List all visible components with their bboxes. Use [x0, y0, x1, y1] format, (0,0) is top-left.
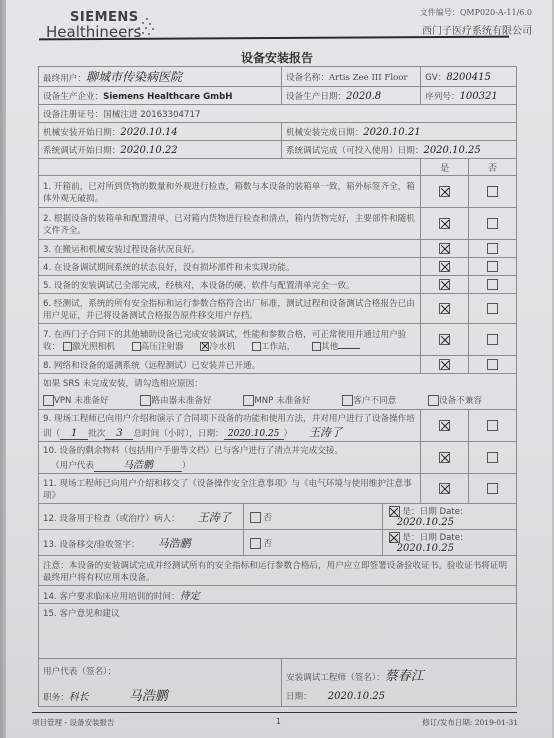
checkbox[interactable]	[63, 342, 72, 351]
handover-no-cell: 否	[243, 530, 382, 556]
gv-label: GV：	[425, 73, 446, 83]
signature-row: 用户代表（签名）： 职务：科长马浩鹏 安装调试工程师（签名）：蔡春江 日期：20…	[39, 659, 517, 707]
no-checkbox[interactable]	[487, 261, 498, 272]
check-row-8: 8. 网络和设备的遥测系统（远程测试）已安装并已开通。	[39, 356, 517, 374]
check-row-14: 14. 客户要求临床应用培训的时间：待定	[39, 586, 517, 604]
clinical-training-cell: 14. 客户要求临床应用培训的时间：待定	[39, 586, 517, 604]
training-date[interactable]: 2020.10.25	[224, 429, 284, 440]
yes-cell	[421, 442, 469, 474]
option-chiller[interactable]: 冷水机	[200, 342, 235, 352]
production-date-label: 设备生产日期：	[286, 92, 346, 102]
check-item-text: 15. 客户意见和建议	[43, 609, 120, 619]
check-item-text: 4. 在设备调试期间系统的状态良好，没有损坏部件和未实现功能。	[39, 258, 421, 276]
no-header: 否	[469, 159, 517, 176]
logo-dots-icon	[134, 15, 156, 37]
no-checkbox[interactable]	[487, 243, 498, 254]
company-name: 西门子医疗系统有限公司	[420, 22, 532, 37]
manufacturer-label: 设备生产企业：	[43, 92, 103, 102]
mech-start-value: 2020.10.14	[120, 127, 177, 138]
yes-date-label: 是：日期 Date:	[402, 507, 463, 517]
check-row-5: 5. 设备的安装调试已全部完成，经核对，本设备的硬、软件与配置清单完全一致。	[39, 276, 517, 294]
engineer-sign-date: 2020.10.25	[328, 691, 385, 702]
end-user-label: 最终用户：	[43, 74, 86, 84]
check-item-text: 5. 设备的安装调试已全部完成，经核对，本设备的硬、软件与配置清单完全一致。	[39, 276, 421, 294]
registration-cell: 设备注册证号：国械注进 20163304717	[39, 105, 517, 123]
sys-start-cell: 系统调试开始日期：2020.10.22	[39, 141, 282, 159]
no-cell	[469, 474, 517, 504]
serial-cell: 序列号：100321	[421, 87, 517, 105]
production-date-cell: 设备生产日期：2020.8	[281, 87, 420, 105]
no-checkbox[interactable]	[250, 538, 261, 549]
handover-yes-cell: 是：日期 Date: 2020.10.25	[382, 530, 516, 556]
option-label: 路由器未准备好	[151, 396, 211, 406]
yes-checkbox[interactable]	[439, 452, 450, 463]
batches-label: 批次	[88, 429, 105, 439]
position-value: 科长	[69, 692, 89, 703]
no-cell	[469, 258, 517, 276]
yes-checkbox[interactable]	[389, 532, 400, 543]
engineer-label: 安装调试工程师（签名）：	[286, 673, 385, 683]
mech-end-value: 2020.10.21	[363, 127, 420, 138]
check-item-text: 14. 客户要求临床应用培训的时间：	[43, 592, 180, 602]
info-row-mech: 机械安装开始日期：2020.10.14 机械安装完成日期：2020.10.21	[39, 123, 517, 141]
checkbox[interactable]	[140, 395, 151, 406]
option-other[interactable]: 其他	[312, 342, 360, 352]
no-checkbox[interactable]	[487, 359, 498, 370]
yes-cell	[421, 474, 469, 504]
user-rep-signature: 马浩鹏	[129, 689, 168, 704]
option-label: 客户不同意	[353, 396, 396, 406]
close-paren: ）	[284, 429, 293, 439]
srs-option-router[interactable]: 路由器未准备好	[140, 394, 211, 406]
yes-cell	[421, 410, 469, 442]
mech-end-label: 机械安装完成日期：	[286, 128, 363, 138]
srs-reasons-row: 如果 SRS 未完成安装，请勾选相应原因： VPN 未准备好 路由器未准备好 M…	[39, 374, 517, 410]
serial-label: 序列号：	[425, 92, 459, 102]
info-row-manufacturer: 设备生产企业：Siemens Healthcare GmbH 设备生产日期：20…	[39, 87, 517, 105]
check-item-text: 2. 根据设备的装箱单和配置清单，已对箱内货物进行检查和清点，箱内货物完好，主要…	[39, 208, 421, 240]
checkbox[interactable]	[132, 342, 141, 351]
no-checkbox[interactable]	[487, 452, 498, 463]
yes-checkbox[interactable]	[439, 483, 450, 494]
check-item-9: 9. 现场工程师已向用户介绍和演示了合同项下设备的功能和使用方法，并对用户进行了…	[39, 410, 421, 442]
yes-cell	[421, 258, 469, 276]
end-user-cell: 最终用户：聊城市传染病医院	[39, 67, 282, 87]
check-item-text: 3. 在搬运和机械安装过程设备状况良好。	[39, 240, 421, 258]
option-injector[interactable]: 高压注射器	[132, 342, 184, 352]
option-label: 激光照相机	[72, 342, 115, 352]
option-label: 工作站，	[261, 342, 295, 352]
no-checkbox[interactable]	[487, 218, 498, 229]
option-label: MNP 未准备好	[254, 396, 310, 406]
sys-end-label: 系统调试完成（可投入使用）日期：	[286, 146, 424, 156]
production-date-value: 2020.8	[346, 91, 381, 102]
yes-checkbox[interactable]	[439, 359, 450, 370]
checklist-header-blank	[39, 159, 421, 176]
mech-start-cell: 机械安装开始日期：2020.10.14	[39, 123, 282, 141]
doc-number-label: 文件编号：	[420, 8, 460, 17]
registration-value: 国械注进 20163304717	[103, 110, 200, 120]
revision-date: 修订/发布日期: 2019-01-31	[422, 717, 518, 728]
no-checkbox[interactable]	[250, 512, 261, 523]
srs-option-vpn[interactable]: VPN 未准备好	[43, 394, 109, 406]
no-checkbox[interactable]	[487, 420, 498, 431]
customer-feedback-cell[interactable]: 15. 客户意见和建议	[39, 604, 517, 659]
page-title: 设备安装报告	[0, 49, 554, 66]
user-rep-label: 用户代表（签名）：	[43, 665, 277, 677]
hours-label: 总时间（小时），日期：	[133, 429, 223, 439]
position-label: 职务：	[43, 693, 69, 703]
no-cell	[469, 294, 517, 324]
training-hours[interactable]: 3	[105, 428, 133, 440]
rep-label: （用户代表	[51, 461, 94, 471]
page-number: 1	[276, 717, 281, 726]
trainee-signature: 王涛了	[309, 426, 342, 439]
check-item-text: 8. 网络和设备的遥测系统（远程测试）已安装并已开通。	[39, 356, 421, 374]
no-cell	[469, 410, 517, 442]
handover-signature: 马浩鹏	[158, 537, 191, 550]
option-label: 冷水机	[209, 342, 235, 352]
checkbox[interactable]	[252, 342, 261, 351]
check-row-12: 12. 设备用于检查（或治疗）病人：王涛了 否 是：日期 Date: 2020.…	[39, 504, 517, 530]
info-row-registration: 设备注册证号：国械注进 20163304717	[39, 105, 517, 123]
installation-report-form: 最终用户：聊城市传染病医院 设备名称：Artis Zee III Floor G…	[38, 66, 517, 707]
patient-use-signature: 王涛了	[198, 511, 231, 524]
no-checkbox[interactable]	[487, 186, 498, 197]
check-row-10: 10. 设备的剩余物料（包括用户手册等文档）已与客户进行了清点并完成交接。 （用…	[39, 442, 517, 474]
note-text: 注意：本设备的安装调试完成并经测试所有的安全指标和运行参数合格后，用户应立即签署…	[39, 556, 517, 586]
checklist-header-row: 是 否	[39, 159, 517, 176]
header-right: 文件编号：QMP020-A-11/6.0 西门子医疗系统有限公司	[420, 7, 532, 37]
note-row: 注意：本设备的安装调试完成并经测试所有的安全指标和运行参数合格后，用户应立即签署…	[39, 556, 517, 586]
patient-use-cell: 12. 设备用于检查（或治疗）病人：王涛了	[39, 504, 244, 530]
yes-cell	[421, 324, 469, 356]
option-label: VPN 未准备好	[54, 396, 109, 406]
mech-start-label: 机械安装开始日期：	[43, 128, 120, 138]
sys-start-value: 2020.10.22	[120, 145, 177, 156]
srs-option-incompatible[interactable]: 设备不兼容	[428, 394, 482, 406]
no-cell	[469, 324, 517, 356]
info-row-sys: 系统调试开始日期：2020.10.22 系统调试完成（可投入使用）日期：2020…	[39, 141, 517, 159]
option-label: 设备不兼容	[439, 396, 482, 406]
yes-cell	[421, 294, 469, 324]
yes-cell	[421, 240, 469, 258]
yes-checkbox[interactable]	[439, 243, 450, 254]
no-checkbox[interactable]	[487, 279, 498, 290]
device-name-label: 设备名称：	[286, 73, 329, 83]
check-row-15: 15. 客户意见和建议	[39, 604, 517, 659]
date-label: 日期：	[286, 692, 312, 702]
yes-header: 是	[421, 159, 469, 176]
training-batches[interactable]: 1	[60, 428, 88, 440]
checkbox[interactable]	[312, 342, 321, 351]
check-item-text: 6. 经测试，系统的所有安全指标和运行参数合格符合出厂标准，测试过程和设备测试合…	[39, 294, 421, 324]
other-blank[interactable]	[338, 348, 360, 349]
patient-use-yes-cell: 是：日期 Date: 2020.10.25	[382, 504, 516, 530]
no-cell	[469, 240, 517, 258]
option-laser-camera[interactable]: 激光照相机	[63, 342, 115, 352]
srs-prompt: 如果 SRS 未完成安装，请勾选相应原因：	[43, 377, 512, 389]
siemens-healthineers-logo: SIEMENS Healthineers	[46, 11, 141, 40]
gv-cell: GV：8200415	[421, 67, 517, 87]
check-item-10: 10. 设备的剩余物料（包括用户手册等文档）已与客户进行了清点并完成交接。 （用…	[39, 442, 421, 474]
srs-option-mnp[interactable]: MNP 未准备好	[243, 394, 310, 406]
yes-cell	[421, 276, 469, 294]
checkbox[interactable]	[43, 395, 54, 406]
check-item-text: 12. 设备用于检查（或治疗）病人：	[43, 514, 180, 524]
end-user-value: 聊城市传染病医院	[86, 70, 182, 84]
doc-number-value: QMP020-A-11/6.0	[460, 8, 532, 17]
yes-cell	[421, 208, 469, 240]
checkbox[interactable]	[243, 395, 254, 406]
manufacturer-cell: 设备生产企业：Siemens Healthcare GmbH	[39, 87, 282, 105]
srs-option-customer-refused[interactable]: 客户不同意	[342, 394, 396, 406]
check-row-2: 2. 根据设备的装箱单和配置清单，已对箱内货物进行检查和清点，箱内货物完好，主要…	[39, 208, 517, 240]
check-item-text: 13. 设备移交/验收签字：	[43, 540, 140, 550]
doc-number: 文件编号：QMP020-A-11/6.0	[420, 7, 532, 18]
no-checkbox[interactable]	[487, 303, 498, 314]
no-cell	[469, 176, 517, 208]
patient-use-date: 2020.10.25	[397, 517, 454, 528]
no-cell	[469, 208, 517, 240]
checkbox[interactable]	[342, 395, 353, 406]
device-name-value: Artis Zee III Floor	[329, 73, 408, 83]
manufacturer-value: Siemens Healthcare GmbH	[103, 92, 232, 102]
yes-cell	[421, 176, 469, 208]
option-workstation[interactable]: 工作站，	[252, 342, 295, 352]
check-item-7: 7. 在西门子合同下的其他辅助设备已完成安装调试，性能和参数合格，可正常使用并通…	[39, 324, 421, 356]
yes-checkbox[interactable]	[439, 279, 450, 290]
yes-date-label: 是：日期 Date:	[402, 533, 463, 543]
check-item-text: 1. 开箱前，已对所到货物的数量和外观进行检查，箱数与本设备的装箱单一致，箱外标…	[39, 176, 421, 208]
check-row-9: 9. 现场工程师已向用户介绍和演示了合同项下设备的功能和使用方法，并对用户进行了…	[39, 410, 517, 442]
engineer-signature: 蔡春江	[385, 669, 424, 684]
engineer-sign-cell: 安装调试工程师（签名）：蔡春江 日期：2020.10.25	[281, 659, 516, 707]
footer-divider	[32, 712, 517, 713]
clinical-training-value[interactable]: 待定	[180, 591, 200, 602]
option-label: 高压注射器	[141, 342, 184, 352]
no-cell	[469, 356, 517, 374]
yes-checkbox[interactable]	[439, 334, 450, 345]
device-name-cell: 设备名称：Artis Zee III Floor	[281, 67, 420, 87]
check-row-11: 11. 现场工程师已向用户介绍和移交了《设备操作安全注意事项》与《电气环境与使用…	[39, 474, 517, 504]
srs-options: VPN 未准备好 路由器未准备好 MNP 未准备好 客户不同意 设备不兼容	[43, 394, 512, 406]
option-label: 其他	[321, 342, 338, 352]
close-paren: ）	[182, 461, 191, 471]
footer-left: 项目管理 - 设备安装报告	[32, 717, 114, 728]
yes-checkbox[interactable]	[439, 420, 450, 431]
user-rep-sign-cell: 用户代表（签名）： 职务：科长马浩鹏	[39, 659, 282, 707]
gv-value: 8200415	[446, 72, 491, 83]
yes-checkbox[interactable]	[439, 303, 450, 314]
sys-end-cell: 系统调试完成（可投入使用）日期：2020.10.25	[281, 141, 516, 159]
mech-end-cell: 机械安装完成日期：2020.10.21	[281, 123, 516, 141]
check-row-4: 4. 在设备调试期间系统的状态良好，没有损坏部件和未实现功能。	[39, 258, 517, 276]
registration-label: 设备注册证号：	[43, 110, 103, 120]
serial-value: 100321	[460, 91, 498, 102]
no-checkbox[interactable]	[487, 334, 498, 345]
srs-reasons-cell: 如果 SRS 未完成安装，请勾选相应原因： VPN 未准备好 路由器未准备好 M…	[39, 374, 517, 410]
check-row-3: 3. 在搬运和机械安装过程设备状况良好。	[39, 240, 517, 258]
no-cell	[469, 442, 517, 474]
no-checkbox[interactable]	[487, 483, 498, 494]
yes-cell	[421, 356, 469, 374]
patient-use-no-cell: 否	[243, 504, 382, 530]
no-label: 否	[264, 539, 273, 549]
check-row-13: 13. 设备移交/验收签字：马浩鹏 否 是：日期 Date: 2020.10.2…	[39, 530, 517, 556]
yes-checkbox[interactable]	[439, 218, 450, 229]
handover-date: 2020.10.25	[397, 543, 454, 554]
sys-end-value: 2020.10.25	[423, 145, 480, 156]
rep-signature: 马浩鹏	[94, 456, 182, 472]
handover-cell: 13. 设备移交/验收签字：马浩鹏	[39, 530, 244, 556]
yes-checkbox[interactable]	[439, 261, 450, 272]
check-item-text: 10. 设备的剩余物料（包括用户手册等文档）已与客户进行了清点并完成交接。	[43, 444, 416, 456]
no-cell	[469, 276, 517, 294]
check-row-1: 1. 开箱前，已对所到货物的数量和外观进行检查，箱数与本设备的装箱单一致，箱外标…	[39, 176, 517, 208]
sys-start-label: 系统调试开始日期：	[43, 146, 120, 156]
check-row-7: 7. 在西门子合同下的其他辅助设备已完成安装调试，性能和参数合格，可正常使用并通…	[39, 324, 517, 356]
checkbox[interactable]	[428, 395, 439, 406]
check-row-6: 6. 经测试，系统的所有安全指标和运行参数合格符合出厂标准，测试过程和设备测试合…	[39, 294, 517, 324]
info-row-user: 最终用户：聊城市传染病医院 设备名称：Artis Zee III Floor G…	[39, 67, 517, 87]
yes-checkbox[interactable]	[389, 506, 400, 517]
check-item-text: 11. 现场工程师已向用户介绍和移交了《设备操作安全注意事项》与《电气环境与使用…	[39, 474, 421, 504]
no-label: 否	[264, 513, 273, 523]
yes-checkbox[interactable]	[439, 186, 450, 197]
checkbox[interactable]	[200, 342, 209, 351]
